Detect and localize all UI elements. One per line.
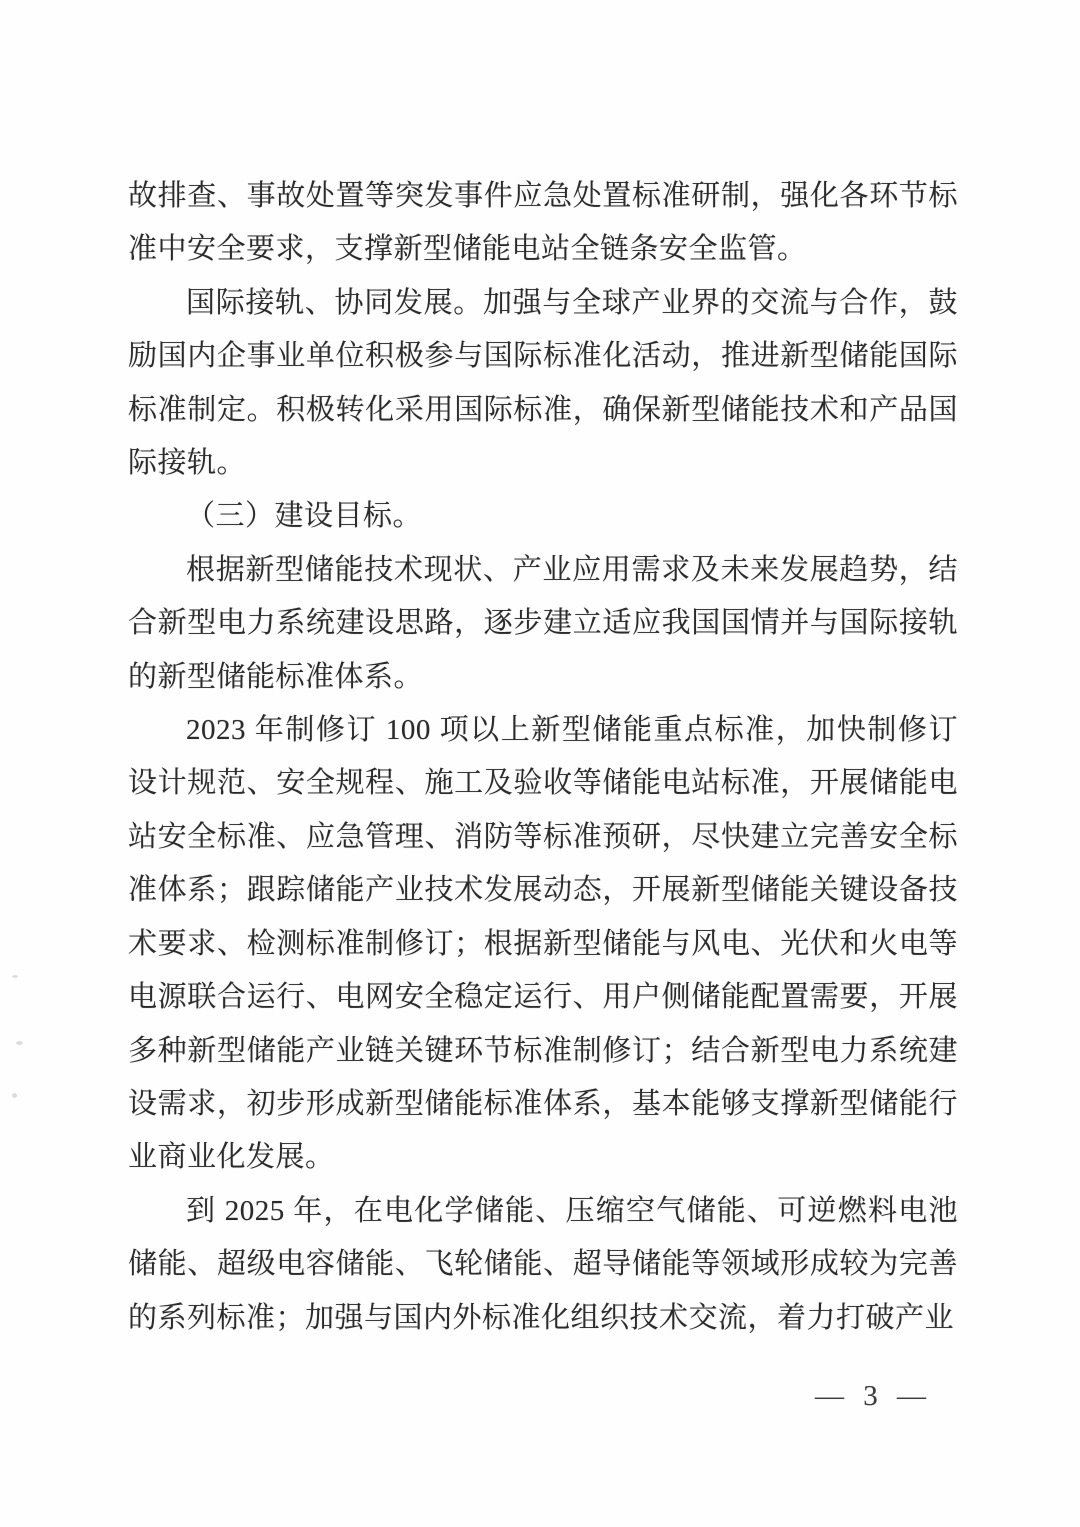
document-body: 故排查、事故处置等突发事件应急处置标准研制，强化各环节标准中安全要求，支撑新型储… [128,170,958,1345]
paragraph-international-alignment: 国际接轨、协同发展。加强与全球产业界的交流与合作，鼓励国内企事业单位积极参与国际… [128,277,958,491]
paragraph-2023-targets: 2023 年制修订 100 项以上新型储能重点标准，加快制修订设计规范、安全规程… [128,704,958,1185]
scan-artifact [12,1093,17,1098]
scan-artifact [12,975,18,978]
paragraph-goal-overview: 根据新型储能技术现状、产业应用需求及未来发展趋势，结合新型电力系统建设思路，逐步… [128,544,958,704]
paragraph-2025-targets: 到 2025 年，在电化学储能、压缩空气储能、可逆燃料电池储能、超级电容储能、飞… [128,1185,958,1345]
scan-artifact [16,1041,23,1045]
document-page: 故排查、事故处置等突发事件应急处置标准研制，强化各环节标准中安全要求，支撑新型储… [0,0,1080,1527]
section-heading-construction-goals: （三）建设目标。 [128,490,958,543]
paragraph-continuation: 故排查、事故处置等突发事件应急处置标准研制，强化各环节标准中安全要求，支撑新型储… [128,170,958,277]
page-number: — 3 — [815,1380,932,1413]
